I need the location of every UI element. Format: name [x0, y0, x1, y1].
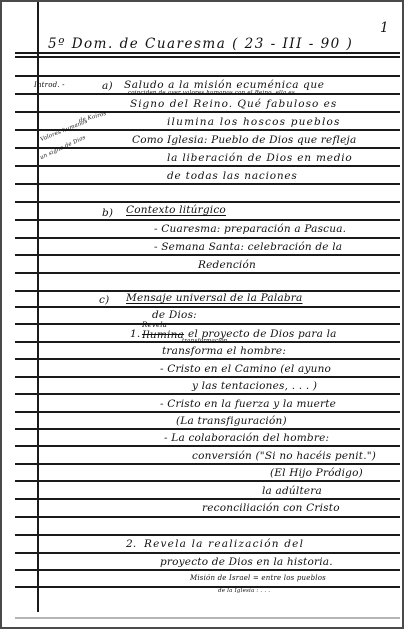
text-line: Como Iglesia: Pueblo de Dios que refleja [132, 135, 356, 146]
page-number: 1 [380, 22, 389, 36]
notebook-page: 1 5º Dom. de Cuaresma ( 23 - III - 90 ) … [0, 0, 404, 629]
bullet-line: - Cristo en el Camino (el ayuno [160, 364, 331, 375]
ruled-line [15, 534, 400, 536]
ruled-line [15, 516, 400, 518]
ruled-line-bottom [15, 617, 400, 619]
page-title: 5º Dom. de Cuaresma ( 23 - III - 90 ) [48, 38, 353, 52]
bullet-line: reconciliación con Cristo [202, 503, 340, 514]
bullet-line: la adúltera [262, 486, 322, 497]
text-line: la liberación de Dios en medio [167, 153, 353, 164]
text-line: - Cuaresma: preparación a Pascua. [154, 224, 346, 235]
ruled-line [15, 147, 400, 149]
ruled-line [15, 272, 400, 274]
bullet-line: (El Hijo Pródigo) [270, 468, 363, 479]
ruled-line [15, 569, 400, 571]
ruled-line [15, 219, 400, 221]
bullet-line: (La transfiguración) [176, 416, 287, 427]
inserted-word: Revela [142, 322, 167, 329]
ruled-line [15, 306, 400, 308]
text-line: Signo del Reino. Qué fabuloso es [130, 99, 337, 110]
section-heading: Contexto litúrgico [126, 205, 226, 216]
intro-label: Introd. - [34, 82, 65, 89]
ruled-line [15, 56, 400, 58]
ruled-line [15, 201, 400, 203]
text-line: proyecto de Dios en la historia. [160, 557, 333, 568]
text-line: transforma el hombre: [162, 346, 286, 357]
ruled-line [15, 411, 400, 413]
bullet-line: conversión ("Si no hacéis penit.") [192, 451, 376, 462]
bullet-line: - Cristo en la fuerza y la muerte [160, 399, 336, 410]
ruled-line [15, 498, 400, 500]
text-line: de la Iglesia : . . . [218, 589, 270, 595]
ruled-line [15, 393, 400, 395]
ruled-line [15, 463, 400, 465]
ruled-line [15, 586, 400, 588]
ruled-line [15, 111, 400, 113]
point-number: 2. [126, 539, 136, 550]
margin-note: de Kairos [79, 112, 108, 125]
ruled-line [15, 376, 400, 378]
bullet-line: - La colaboración del hombre: [164, 433, 329, 444]
text-line: Redención [198, 260, 256, 271]
text-insertion: transformación [182, 339, 227, 345]
ruled-line [15, 165, 400, 167]
text-line: Misión de Israel = entre los pueblos [190, 575, 326, 582]
ruled-line [15, 323, 400, 325]
ruled-line [15, 480, 400, 482]
ruled-line [15, 75, 400, 77]
struck-word: Ilumina [142, 330, 184, 341]
text-line: Revela la realización del [144, 539, 304, 550]
section-label-c: c) [99, 295, 109, 306]
ruled-line [15, 52, 400, 54]
ruled-line [15, 254, 400, 256]
section-label-b: b) [102, 208, 113, 219]
ruled-line [15, 445, 400, 447]
ruled-line [15, 428, 400, 430]
section-heading: Mensaje universal de la Palabra [126, 293, 302, 304]
section-heading-cont: de Dios: [152, 310, 197, 321]
bullet-line: y las tentaciones, . . . ) [192, 381, 317, 392]
section-label-a: a) [102, 81, 113, 92]
ruled-line [15, 552, 400, 554]
text-line: Saludo a la misión ecuménica que [124, 80, 325, 91]
ruled-line [15, 237, 400, 239]
text-insertion: coinciden de ayer valores humanos con el… [128, 91, 295, 97]
ruled-line [15, 183, 400, 185]
text-line: de todas las naciones [167, 171, 298, 182]
ruled-line [15, 358, 400, 360]
text-line: - Semana Santa: celebración de la [154, 242, 342, 253]
text-line: ilumina los hoscos pueblos [167, 117, 341, 128]
point-number: 1. [130, 329, 140, 340]
